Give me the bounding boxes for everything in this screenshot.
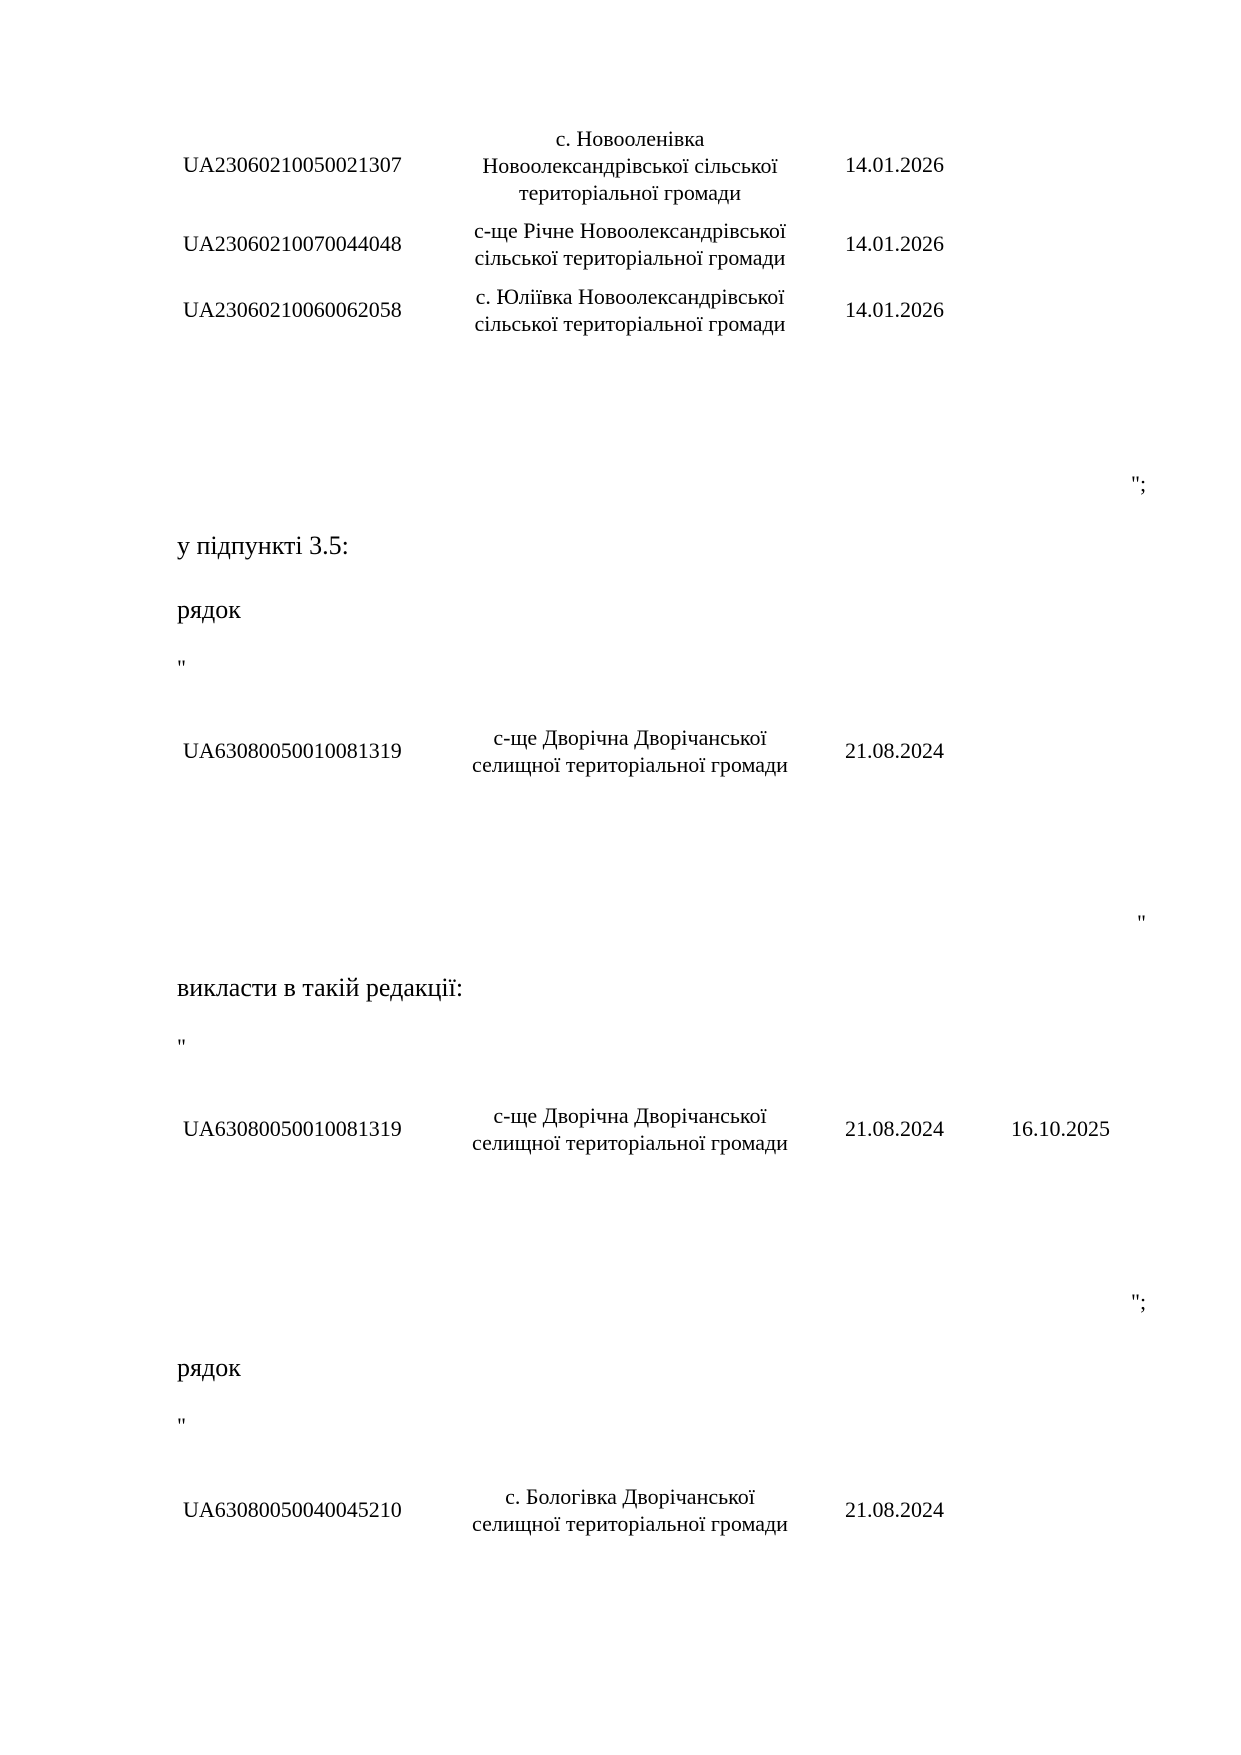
territory-name-line: сільської територіальної громади (474, 244, 786, 271)
territory-name: с. Юліївка Новоолександрівської сільсько… (440, 282, 820, 338)
opening-quote: " (177, 1415, 186, 1437)
territory-name-line: селищної територіальної громади (472, 751, 788, 778)
line-label: рядок (177, 1353, 241, 1383)
territory-name: с. Бологівка Дворічанської селищної тери… (440, 1482, 820, 1538)
line-label: рядок (177, 595, 241, 625)
replace-instruction: викласти в такій редакції: (177, 973, 463, 1003)
territory-name: с-ще Дворічна Дворічанської селищної тер… (440, 723, 820, 779)
closing-quote: "; (1131, 473, 1146, 495)
territory-name-line: с. Новооленівка (482, 125, 777, 152)
table-row: UA23060210060062058 с. Юліївка Новоолекс… (0, 282, 1241, 338)
territory-code: UA63080050040045210 (183, 1482, 438, 1538)
territory-name-line: селищної територіальної громади (472, 1510, 788, 1537)
territory-name-line: с-ще Річне Новоолександрівської (474, 217, 786, 244)
date-start: 14.01.2026 (845, 282, 975, 338)
territory-name: с-ще Дворічна Дворічанської селищної тер… (440, 1101, 820, 1157)
table-row: UA23060210070044048 с-ще Річне Новоолекс… (0, 216, 1241, 272)
date-start: 21.08.2024 (845, 1101, 975, 1157)
date-start: 21.08.2024 (845, 1482, 975, 1538)
territory-name: с. Новооленівка Новоолександрівської сіл… (440, 118, 820, 212)
table-row: UA63080050010081319 с-ще Дворічна Дворіч… (0, 1101, 1241, 1157)
territory-name-line: с-ще Дворічна Дворічанської (472, 1102, 788, 1129)
territory-code: UA23060210070044048 (183, 216, 438, 272)
table-row: UA63080050040045210 с. Бологівка Дворіча… (0, 1482, 1241, 1538)
closing-quote: " (1137, 912, 1146, 934)
date-start: 14.01.2026 (845, 216, 975, 272)
territory-name-line: сільської територіальної громади (475, 310, 786, 337)
territory-name-line: селищної територіальної громади (472, 1129, 788, 1156)
territory-code: UA63080050010081319 (183, 723, 438, 779)
territory-name-line: Новоолександрівської сільської (482, 152, 777, 179)
date-start: 21.08.2024 (845, 723, 975, 779)
closing-quote: "; (1131, 1291, 1146, 1313)
table-row: UA63080050010081319 с-ще Дворічна Дворіч… (0, 723, 1241, 779)
territory-code: UA23060210060062058 (183, 282, 438, 338)
territory-name-line: с-ще Дворічна Дворічанської (472, 724, 788, 751)
opening-quote: " (177, 1036, 186, 1058)
section-heading: у підпункті 3.5: (177, 531, 349, 561)
territory-name-line: с. Юліївка Новоолександрівської (475, 283, 786, 310)
territory-code: UA23060210050021307 (183, 118, 438, 212)
territory-code: UA63080050010081319 (183, 1101, 438, 1157)
opening-quote: " (177, 657, 186, 679)
table-row: UA23060210050021307 с. Новооленівка Ново… (0, 118, 1241, 212)
territory-name-line: територіальної громади (482, 179, 777, 206)
territory-name-line: с. Бологівка Дворічанської (472, 1483, 788, 1510)
territory-name: с-ще Річне Новоолександрівської сільсько… (440, 216, 820, 272)
date-end: 16.10.2025 (1011, 1101, 1141, 1157)
date-start: 14.01.2026 (845, 118, 975, 212)
